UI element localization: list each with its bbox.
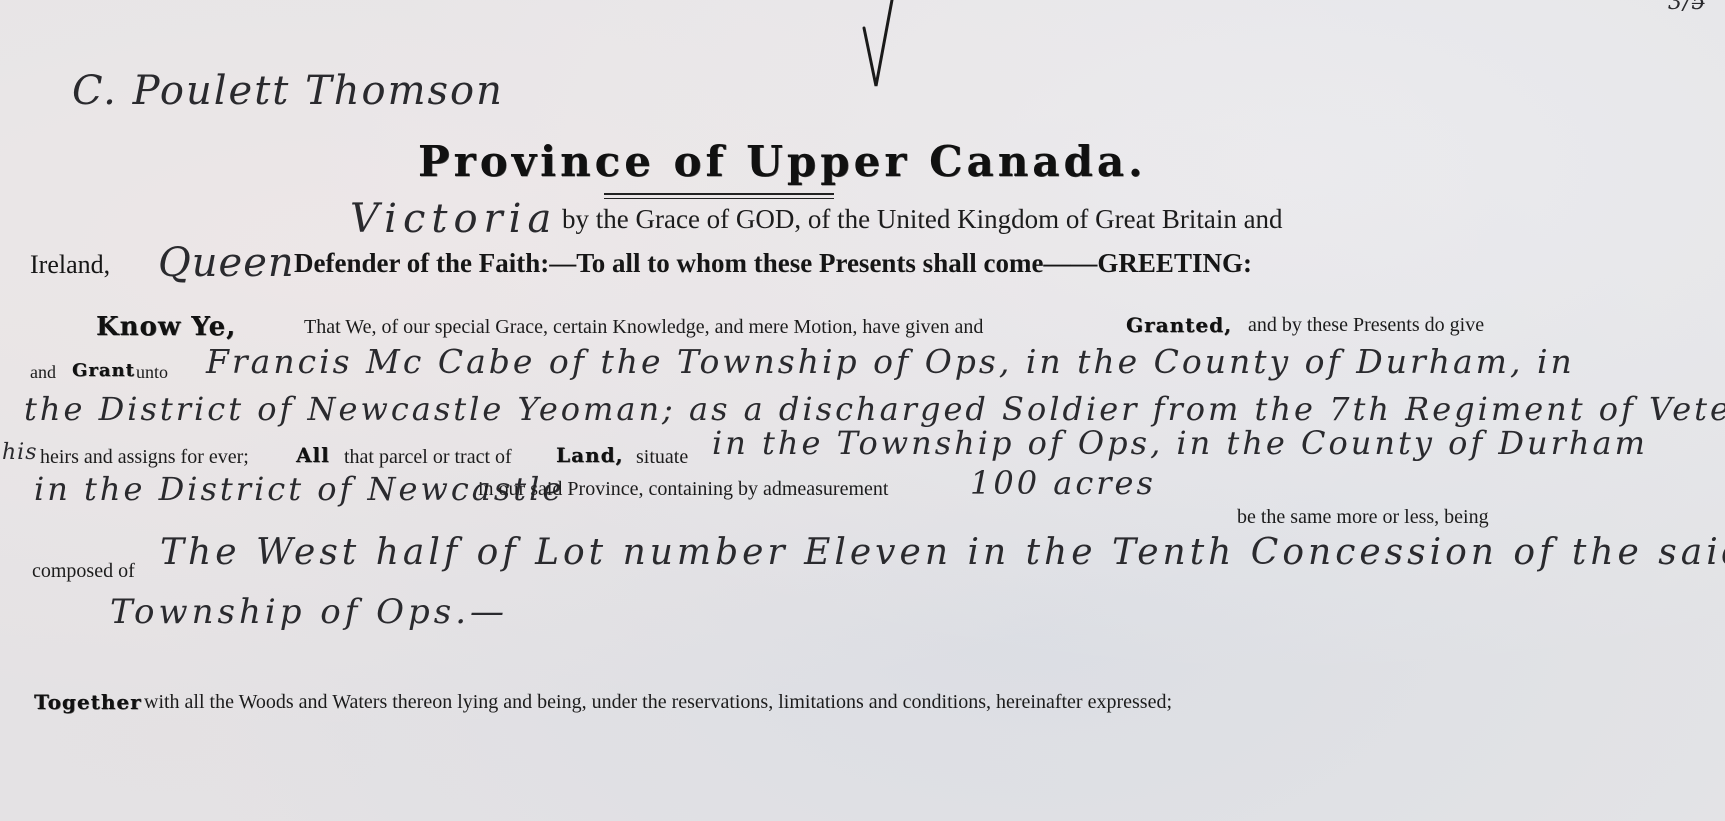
handwritten-queen: Queen	[158, 240, 295, 286]
grant-word: Grant	[72, 360, 135, 381]
title-rule	[604, 193, 834, 195]
land-word: Land,	[556, 443, 624, 467]
heirs-clause: heirs and assigns for ever;	[40, 446, 249, 469]
township-name: Township of Ops.—	[110, 592, 508, 632]
more-or-less-clause: be the same more or less, being	[1237, 506, 1489, 529]
title-rule	[604, 198, 834, 199]
and-word: and	[30, 362, 56, 383]
handwritten-sovereign-name: Victoria	[350, 196, 557, 242]
document-title: Province of Upper Canada.	[418, 137, 1147, 186]
together-word: Together	[34, 690, 142, 714]
grant-clause: That We, of our special Grace, certain K…	[304, 316, 983, 339]
handwritten-his: his	[2, 440, 38, 465]
admeasurement-clause: in our said Province, containing by adme…	[478, 478, 888, 501]
composed-of-label: composed of	[32, 560, 135, 583]
check-mark-icon	[862, 0, 894, 90]
greeting-line: Defender of the Faith:—To all to whom th…	[294, 248, 1252, 279]
unto-word: unto	[136, 362, 168, 383]
grantee-description: the District of Newcastle Yeoman; as a d…	[24, 390, 1725, 428]
land-location: in the Township of Ops, in the County of…	[712, 424, 1648, 462]
all-word: All	[296, 443, 330, 467]
grant-clause-end: and by these Presents do give	[1248, 314, 1484, 337]
woods-waters-clause: with all the Woods and Waters thereon ly…	[144, 691, 1172, 714]
situate-word: situate	[636, 446, 688, 469]
corner-note: 3/5̶	[1668, 0, 1706, 15]
parcel-clause: that parcel or tract of	[344, 446, 512, 469]
granted-word: Granted,	[1126, 313, 1232, 337]
signature: C. Poulett Thomson	[72, 68, 504, 114]
preamble-ireland: Ireland,	[30, 250, 110, 280]
lot-description: The West half of Lot number Eleven in th…	[160, 532, 1725, 573]
acreage: 100 acres	[970, 464, 1156, 502]
grantee-name: Francis Mc Cabe of the Township of Ops, …	[206, 342, 1575, 381]
know-ye-heading: Know Ye,	[96, 312, 236, 342]
preamble-line-1: by the Grace of GOD, of the United Kingd…	[562, 204, 1283, 235]
